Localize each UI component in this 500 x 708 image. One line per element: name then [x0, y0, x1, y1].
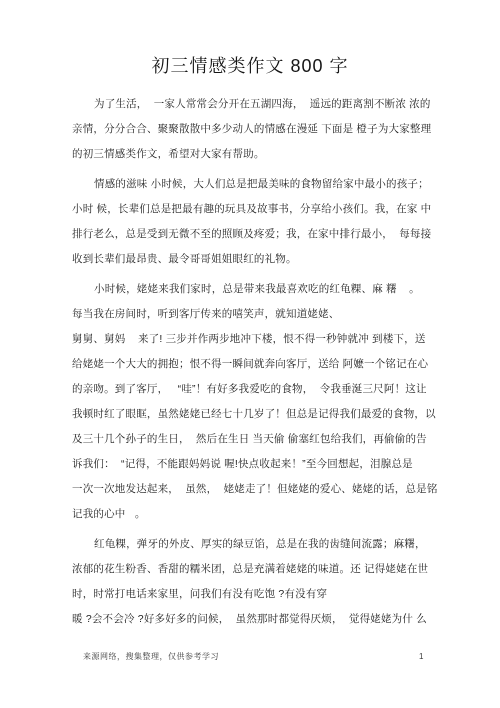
paragraph: 红龟粿，弹牙的外皮、厚实的绿豆馅，总是在我的齿缝间流露；麻糬，浓郁的花生粉香、香… — [72, 532, 432, 632]
text-line: 我顿时红了眼眶，虽然姥姥已经七十几岁了！但总是记得我们最爱的食物，以 — [72, 402, 432, 427]
text-line: 亲情，分分合合、聚聚散散中多少动人的情感在漫延 下面是 橙子为大家整理 — [72, 117, 432, 142]
text-line: 及三十几个孙子的生日， 然后在生日 当天偷 偷塞红包给我们，再偷偷的告 — [72, 427, 432, 452]
text-line: 舅舅、舅妈 来了! 三步并作两步地冲下楼，恨不得一秒钟就冲 到楼下，送 — [72, 327, 432, 352]
text-line: 诉我们： “记得，不能跟妈妈说 喔!快点收起来！”至今回想起，泪腺总是 — [72, 452, 432, 477]
document-page: 初三情感类作文 800 字 为了生活， 一家人常常会分开在五湖四海， 遥远的距离… — [0, 0, 500, 708]
text-line: 的初三情感类作文，希望对大家有帮助。 — [72, 142, 432, 167]
text-line: 一次一次地发达起来， 虽然， 姥姥走了！但姥姥的爱心、姥姥的话，总是铭 — [72, 477, 432, 502]
text-line: 收到长辈们最昂贵、最令哥哥姐姐眼红的礼物。 — [72, 247, 432, 272]
text-line: 为了生活， 一家人常常会分开在五湖四海， 遥远的距离割不断浓 浓的 — [72, 92, 432, 117]
page-footer: 来源网络，搜集整理，仅供参考学习 1 — [83, 651, 424, 662]
page-number: 1 — [419, 652, 424, 661]
text-line: 浓郁的花生粉香、香甜的糯米团，总是充满着姥姥的味道。还 记得姥姥在世 — [72, 557, 432, 582]
text-line: 时，时常打电话来家里，问我们有没有吃饱 ?有没有穿 — [72, 582, 432, 607]
text-line: 记我的心中 。 — [72, 502, 432, 527]
paragraph: 情感的滋味 小时候，大人们总是把最美味的食物留给家中最小的孩子；小时 候，长辈们… — [72, 172, 432, 272]
text-line: 每当我在房间时，听到客厅传来的嘻笑声，就知道姥姥、 — [72, 302, 432, 327]
paragraph: 为了生活， 一家人常常会分开在五湖四海， 遥远的距离割不断浓 浓的亲情，分分合合… — [72, 92, 432, 167]
text-line: 给姥姥一个大大的拥抱；恨不得一瞬间就奔向客厅，送给 阿嬷一个铭记在心 — [72, 352, 432, 377]
text-line: 红龟粿，弹牙的外皮、厚实的绿豆馅，总是在我的齿缝间流露；麻糬， — [72, 532, 432, 557]
text-line: 小时 候，长辈们总是把最有趣的玩具及故事书，分享给小孩们。我，在家 中 — [72, 197, 432, 222]
text-line: 情感的滋味 小时候，大人们总是把最美味的食物留给家中最小的孩子； — [72, 172, 432, 197]
essay-body: 为了生活， 一家人常常会分开在五湖四海， 遥远的距离割不断浓 浓的亲情，分分合合… — [72, 92, 432, 632]
text-line: 小时候，姥姥来我们家时，总是带来我最喜欢吃的红龟粿、麻 糬 。 — [72, 277, 432, 302]
text-line: 的亲吻。到了客厅， “哇”！有好多我爱吃的食物， 令我垂涎三尺阿！这让 — [72, 377, 432, 402]
text-line: 暖 ?会不会冷 ?好多好多的问候， 虽然那时都觉得厌烦， 觉得姥姥为什 么 — [72, 607, 432, 632]
text-line: 排行老么，总是受到无微不至的照顾及疼爱；我，在家中排行最小， 每每接 — [72, 222, 432, 247]
page-title: 初三情感类作文 800 字 — [0, 52, 500, 78]
footer-note: 来源网络，搜集整理，仅供参考学习 — [83, 651, 219, 662]
paragraph: 小时候，姥姥来我们家时，总是带来我最喜欢吃的红龟粿、麻 糬 。每当我在房间时，听… — [72, 277, 432, 527]
